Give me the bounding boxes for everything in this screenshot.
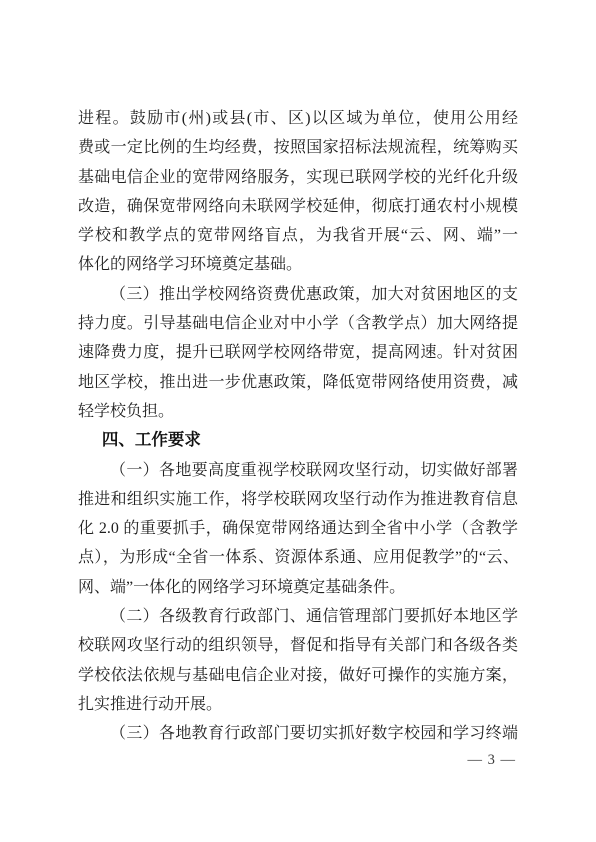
text-line: 扎实推进行动开展。	[78, 690, 518, 719]
text-line: （二）各级教育行政部门、通信管理部门要抓好本地区学	[78, 602, 518, 631]
text-line: 进程。鼓励市(州)或县(市、区)以区域为单位，使用公用经	[78, 104, 518, 133]
document-body: 进程。鼓励市(州)或县(市、区)以区域为单位，使用公用经 费或一定比例的生均经费…	[78, 104, 518, 749]
text-line: 点），为形成“全省一体系、资源体系通、应用促教学”的“云、	[78, 543, 518, 572]
text-line: 网、端”一体化的网络学习环境奠定基础条件。	[78, 573, 518, 602]
text-line: 学校和教学点的宽带网络盲点，为我省开展“云、网、端”一	[78, 221, 518, 250]
text-line: （三）各地教育行政部门要切实抓好数字校园和学习终端	[78, 719, 518, 748]
text-line: 学校依法依规与基础电信企业对接，做好可操作的实施方案，	[78, 661, 518, 690]
text-line: 速降费力度，提升已联网学校网络带宽，提高网速。针对贫困	[78, 338, 518, 367]
text-line: 体化的网络学习环境奠定基础。	[78, 250, 518, 279]
text-line: 基础电信企业的宽带网络服务，实现已联网学校的光纤化升级	[78, 163, 518, 192]
text-line: 地区学校，推出进一步优惠政策，降低宽带网络使用资费，减	[78, 368, 518, 397]
text-line: 推进和组织实施工作，将学校联网攻坚行动作为推进教育信息	[78, 485, 518, 514]
page-number: — 3 —	[468, 752, 517, 769]
text-line: 持力度。引导基础电信企业对中小学（含教学点）加大网络提	[78, 309, 518, 338]
text-line: （一）各地要高度重视学校联网攻坚行动，切实做好部署	[78, 456, 518, 485]
document-page: 进程。鼓励市(州)或县(市、区)以区域为单位，使用公用经 费或一定比例的生均经费…	[0, 0, 596, 842]
text-line: 校联网攻坚行动的组织领导，督促和指导有关部门和各级各类	[78, 631, 518, 660]
text-line: 费或一定比例的生均经费，按照国家招标法规流程，统筹购买	[78, 133, 518, 162]
text-line: （三）推出学校网络资费优惠政策，加大对贫困地区的支	[78, 280, 518, 309]
text-line: 轻学校负担。	[78, 397, 518, 426]
text-line: 化 2.0 的重要抓手，确保宽带网络通达到全省中小学（含教学	[78, 514, 518, 543]
text-line: 改造，确保宽带网络向未联网学校延伸，彻底打通农村小规模	[78, 192, 518, 221]
section-heading: 四、工作要求	[78, 426, 518, 455]
